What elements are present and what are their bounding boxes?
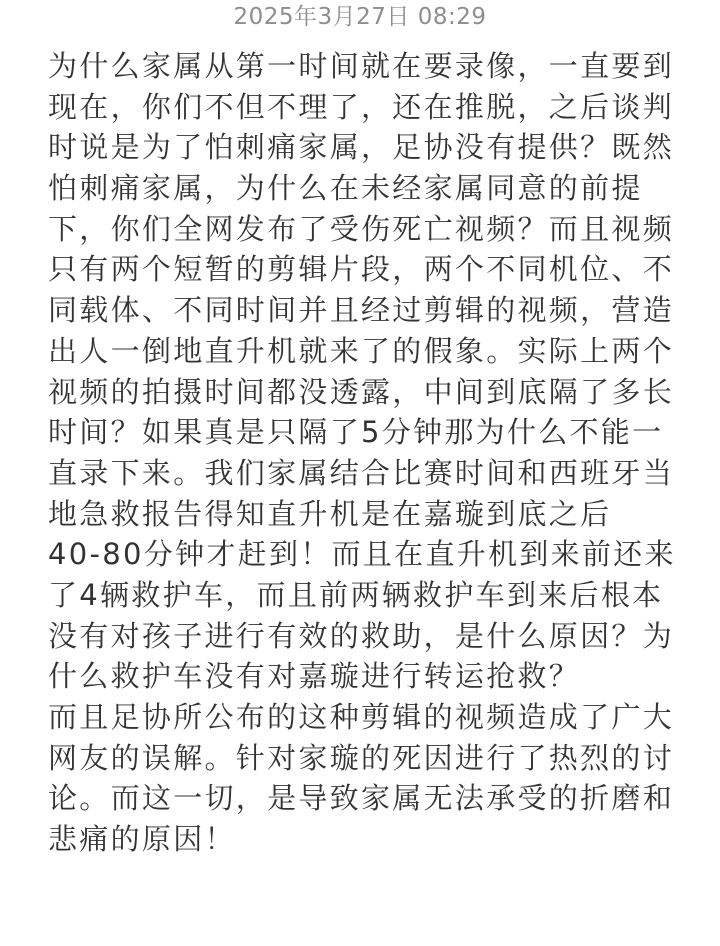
message-line: 没有对孩子进行有效的救助，是什么原因？为	[48, 616, 658, 657]
message-line: 直录下来。我们家属结合比赛时间和西班牙当	[48, 453, 658, 494]
message-line: 地急救报告得知直升机是在嘉璇到底之后	[48, 494, 658, 535]
message-line: 视频的拍摄时间都没透露，中间到底隔了多长	[48, 372, 658, 413]
message-line: 出人一倒地直升机就来了的假象。实际上两个	[48, 331, 658, 372]
message-timestamp: 2025年3月27日 08:29	[0, 2, 720, 32]
message-line: 悲痛的原因！	[48, 819, 658, 860]
message-line: 什么救护车没有对嘉璇进行转运抢救？	[48, 656, 658, 697]
message-line: 现在，你们不但不理了，还在推脱，之后谈判	[48, 87, 658, 128]
message-line: 网友的误解。针对家璇的死因进行了热烈的讨	[48, 738, 658, 779]
message-body: 为什么家属从第一时间就在要录像，一直要到 现在，你们不但不理了，还在推脱，之后谈…	[48, 46, 658, 860]
message-line: 时间？如果真是只隔了5分钟那为什么不能一	[48, 412, 658, 453]
message-line: 了4辆救护车，而且前两辆救护车到来后根本	[48, 575, 658, 616]
message-line: 下，你们全网发布了受伤死亡视频？而且视频	[48, 209, 658, 250]
message-line: 同载体、不同时间并且经过剪辑的视频，营造	[48, 290, 658, 331]
message-line: 怕刺痛家属，为什么在未经家属同意的前提	[48, 168, 658, 209]
message-line: 只有两个短暂的剪辑片段，两个不同机位、不	[48, 249, 658, 290]
message-line: 而且足协所公布的这种剪辑的视频造成了广大	[48, 697, 658, 738]
message-line: 40-80分钟才赶到！而且在直升机到来前还来	[48, 534, 658, 575]
message-line: 为什么家属从第一时间就在要录像，一直要到	[48, 46, 658, 87]
message-line: 论。而这一切，是导致家属无法承受的折磨和	[48, 778, 658, 819]
message-line: 时说是为了怕刺痛家属，足协没有提供？既然	[48, 127, 658, 168]
